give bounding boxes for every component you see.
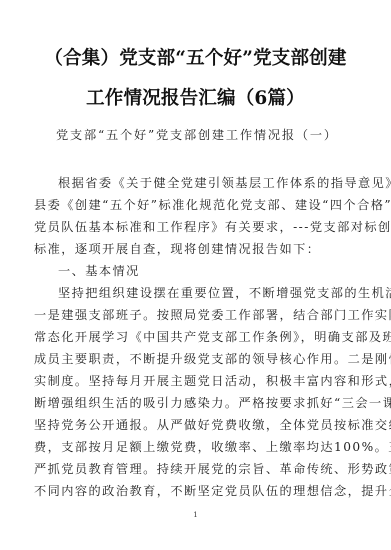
paragraph-line: 不同内容的政治教育，不断坚定党员队伍的理想信念，提升全体 [34, 480, 391, 502]
section-heading: 党支部“五个好”党支部创建工作情况报（一） [56, 126, 338, 143]
paragraph-line: 坚持把组织建设摆在重要位置，不断增强党支部的生机活力。 [58, 282, 391, 304]
paragraph-line: 一是建强支部班子。按照局党委工作部署，结合部门工作实际， [34, 304, 391, 326]
paragraph-line: 常态化开展学习《中国共产党支部工作条例》，明确支部及班子 [34, 326, 391, 348]
paragraph-line: 坚持党务公开通报。从严做好党费收缴，全体党员按标准交纳党 [34, 414, 391, 436]
paragraph-line: 严抓党员教育管理。持续开展党的宗旨、革命传统、形势政策等 [34, 458, 391, 480]
paragraph-line: 实制度。坚持每月开展主题党日活动，积极丰富内容和形式，不 [34, 370, 391, 392]
paragraph-line: 党员队伍基本标准和工作程序》有关要求，---党支部对标创建 [34, 216, 391, 238]
paragraph-line: 费，支部按月足额上缴党费，收缴率、上缴率均达100%。三是 [34, 436, 391, 458]
paragraph-line: 断增强组织生活的吸引力感染力。严格按要求抓好“三会一课”， [34, 392, 391, 414]
document-title-line-1: （合集）党支部“五个好”党支部创建 [0, 44, 391, 70]
paragraph-line: 县委《创建“五个好”标准化规范化党支部、建设“四个合格” [34, 194, 391, 216]
paragraph-line: 标准，逐项开展自查，现将创建情况报告如下： [34, 238, 320, 260]
section-subheading: 一、基本情况 [58, 260, 140, 282]
page-number: 1 [0, 511, 391, 519]
paragraph-line: 成员主要职责，不断提升级党支部的领导核心作用。二是刚性落 [34, 348, 391, 370]
paragraph-line: 根据省委《关于健全党建引领基层工作体系的指导意见》和 [58, 172, 391, 194]
document-title-line-2: 工作情况报告汇编（6篇） [0, 84, 391, 110]
